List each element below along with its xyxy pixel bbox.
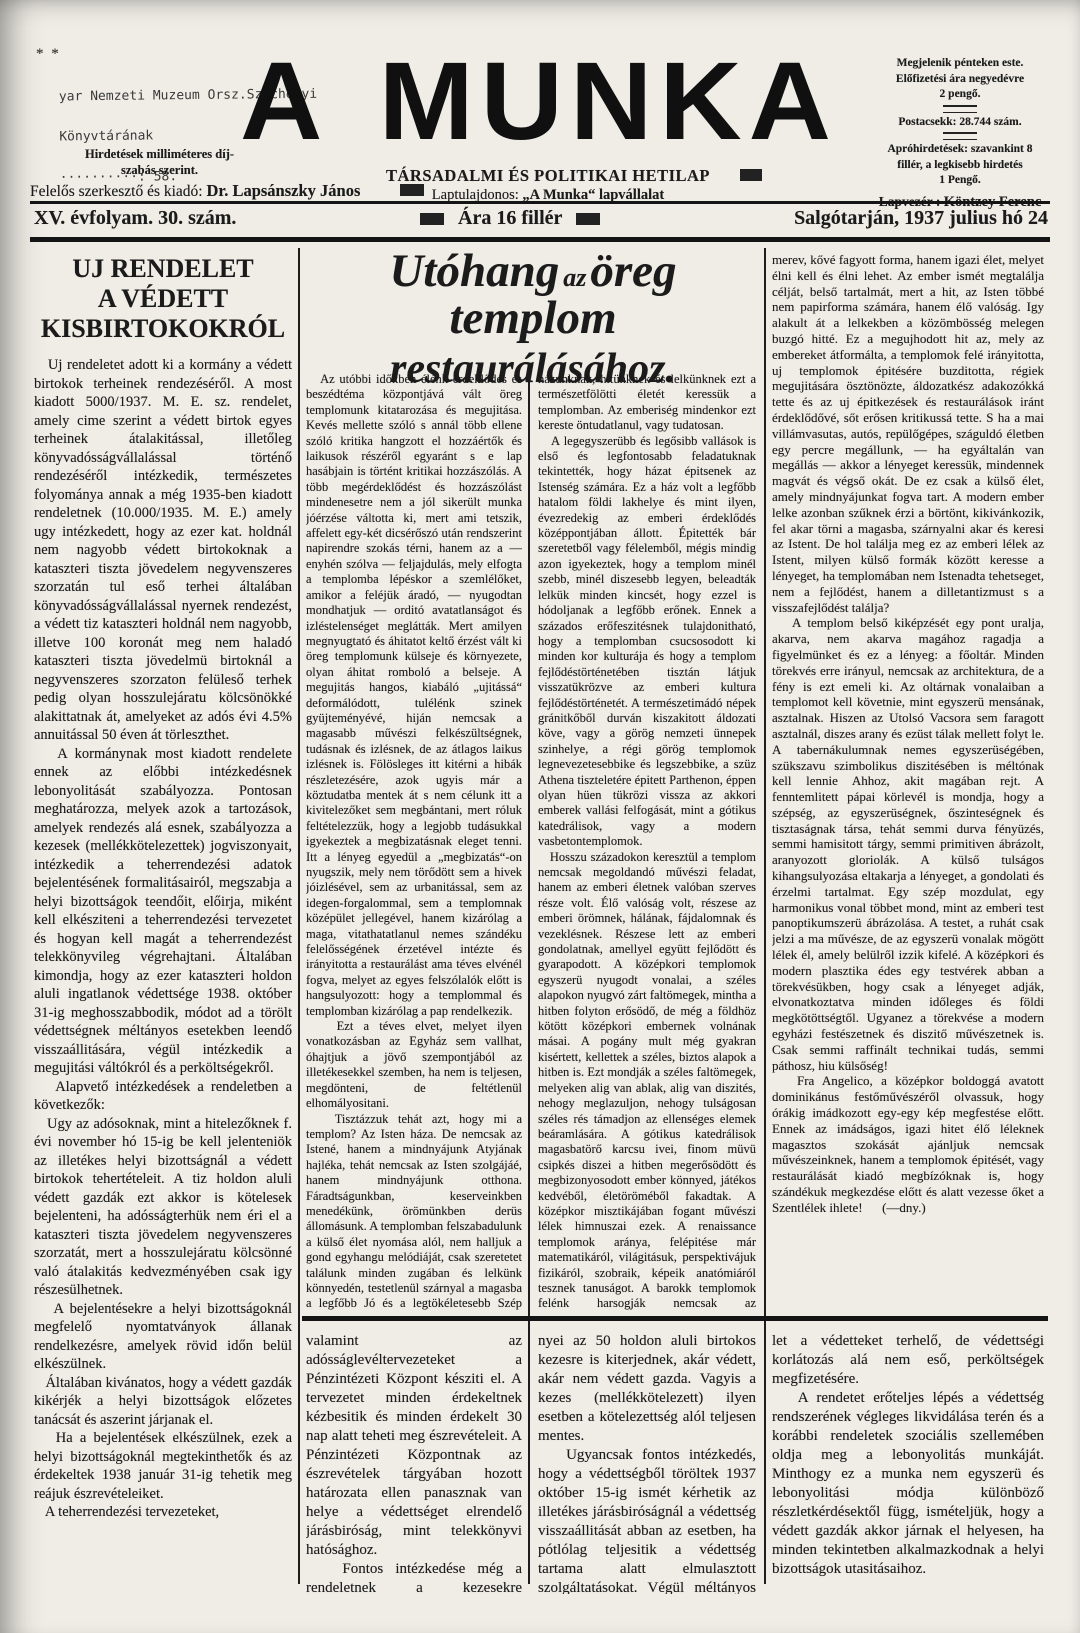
ink-mark	[420, 213, 444, 225]
main-article-column-1: Az utóbbi időkben élénk érdeklődés és be…	[306, 372, 522, 1310]
main-article-column-3: merev, kővé fagyott forma, hanem igazi é…	[772, 252, 1044, 1310]
subscription-info: Megjelenik pénteken este. Előfizetési ár…	[853, 56, 1067, 212]
editor-name: Dr. Lapsánszky János	[206, 181, 360, 200]
small-divider	[943, 132, 977, 140]
ink-mark	[740, 169, 762, 181]
info-line: Előfizetési ára negyedévre	[853, 72, 1067, 88]
column-divider	[764, 248, 766, 1584]
editor-label: Felelős szerkesztő és kiadó:	[30, 183, 203, 200]
section-rule	[302, 1316, 1048, 1321]
continuation-column-3: let a védetteket terhelő, de védettségi …	[772, 1332, 1044, 1594]
info-line: fillér, a legkisebb hirdetés	[853, 158, 1067, 174]
continuation-column-1: valamint az adósságlevéltervezeteket a P…	[306, 1332, 522, 1594]
ad-tariff-note: Hirdetések milliméteres díj- szabás szer…	[52, 146, 267, 179]
issue-number: XV. évfolyam. 30. szám.	[34, 207, 236, 230]
header-rule-bottom	[30, 237, 1050, 242]
masthead-title: A MUNKA	[240, 50, 838, 155]
price-group: Ára 16 fillér	[420, 207, 600, 230]
info-line: 2 pengő.	[853, 87, 1067, 103]
headline-word-az: az	[563, 263, 586, 292]
masthead-letter-a: A	[240, 50, 322, 155]
left-article-title: UJ RENDELET A VÉDETT KISBIRTOKOKRÓL	[34, 254, 292, 344]
paper-subtitle: TÁRSADALMI ÉS POLITIKAI HETILAP	[383, 166, 713, 186]
ink-mark	[576, 213, 600, 225]
stamp-line2: Könyvtárának	[59, 129, 153, 145]
info-line: 1 Pengő.	[853, 173, 1067, 189]
masthead-word-munka: MUNKA	[379, 50, 838, 155]
info-line: Megjelenik pénteken este.	[853, 56, 1067, 72]
small-divider	[943, 105, 977, 113]
newspaper-page: * * yar Nemzeti Muzeum Orsz.Széchenyi Kö…	[0, 0, 1080, 1633]
main-article-column-2: házunknak, hitünknek és lelkünknek ezt a…	[538, 372, 756, 1310]
column-divider	[298, 248, 300, 1584]
place-date: Salgótarján, 1937 julius hó 24	[794, 207, 1048, 230]
info-line: Postacsekk: 28.744 szám.	[853, 115, 1067, 131]
continuation-column-2: nyei az 50 holdon aluli birtokos kezesre…	[538, 1332, 756, 1594]
price: Ára 16 fillér	[458, 207, 562, 230]
corner-marks: * *	[36, 46, 61, 63]
info-line: Apróhirdetések: szavankint 8	[853, 142, 1067, 158]
headline-word1: Utóhang	[389, 245, 559, 297]
left-article-body: Uj rendeletet adott ki a kormány a védet…	[34, 356, 292, 1560]
column-divider	[528, 368, 530, 1584]
editor-line: Felelős szerkesztő és kiadó: Dr. Lapsáns…	[30, 181, 360, 201]
main-article-headline: Utóhang az öreg templom restaurálásához.	[304, 248, 762, 390]
header-rule-top	[30, 201, 1050, 204]
